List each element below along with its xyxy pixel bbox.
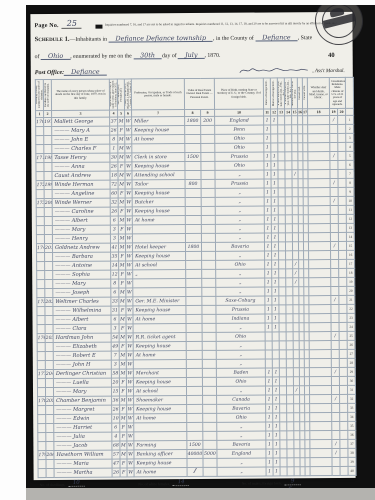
cell-dwelling-no — [37, 325, 45, 334]
cell-color: W — [126, 306, 133, 315]
cell-name: ——— Edwin — [54, 414, 112, 423]
cell-dwelling-no — [38, 424, 46, 433]
marshal-label: , Ass't Marshal. — [312, 68, 344, 74]
cell-mother-foreign: 1 — [272, 278, 279, 287]
tally-value: 14 — [173, 480, 189, 487]
cell-citizen-male-21 — [330, 188, 338, 197]
cell-father-foreign: 1 — [264, 152, 271, 161]
cell-real-estate — [186, 278, 202, 287]
cell-disability — [308, 152, 330, 161]
cell-disability — [308, 206, 330, 215]
tally-label: No. of white females, — [138, 483, 170, 487]
cell-age: 26 — [110, 207, 118, 216]
cell-line-number: 2 — [346, 124, 354, 133]
cell-father-foreign: 1 — [265, 296, 272, 305]
cell-citizen-male-21 — [330, 224, 338, 233]
cell-married-month — [286, 341, 293, 350]
cell-dwelling-no — [38, 433, 46, 442]
cell-disability — [310, 422, 332, 431]
cell-disability — [309, 314, 331, 323]
cell-family-no — [46, 468, 54, 477]
cell-mother-foreign — [272, 359, 279, 368]
cell-color: W — [125, 225, 132, 234]
cell-name: ——— Elizabeth — [53, 342, 111, 351]
cell-age: 3 — [110, 225, 118, 234]
schedule-label: Schedule 1. — [35, 36, 70, 43]
cell-line-number: 5 — [346, 151, 354, 160]
tally-value: 9 — [285, 479, 301, 486]
subdivision-value: Defiance Defiance township — [108, 35, 213, 43]
cell-occupation: Clerk in store — [132, 153, 185, 162]
cell-age: 18 — [110, 171, 118, 180]
cell-mother-foreign: 1 — [271, 206, 278, 215]
cell-color: W — [125, 135, 132, 144]
cell-occupation — [133, 360, 186, 369]
cell-real-estate — [185, 224, 201, 233]
cell-dwelling-no — [37, 361, 45, 370]
cell-real-estate — [187, 404, 203, 413]
cell-color: W — [127, 468, 134, 477]
cell-married-month — [286, 359, 293, 368]
cell-married-month — [286, 260, 293, 269]
cell-name: ——— Albert — [52, 216, 110, 225]
cell-birthplace: Ohio — [215, 161, 264, 170]
cell-occupation: Ger. M.E. Minister — [133, 297, 186, 306]
cell-disability — [308, 161, 330, 170]
column-number: 11 — [264, 109, 271, 116]
cell-name: ——— Maria — [54, 459, 112, 468]
cell-born-month — [278, 188, 285, 197]
header-labels-row: Dwelling-houses, numbered in the order o… — [35, 77, 353, 110]
cell-mother-foreign: 1 — [272, 269, 279, 278]
cell-color: W — [126, 279, 133, 288]
cell-sex: F — [118, 126, 125, 135]
cell-age: 14 — [111, 261, 119, 270]
cell-sex: M — [119, 315, 126, 324]
cell-citizen-male-21 — [330, 125, 338, 134]
cell-sex: F — [120, 459, 127, 468]
cell-married-month — [286, 296, 293, 305]
cell-vote-denied — [338, 178, 346, 187]
cell-family-no — [45, 315, 53, 324]
cell-real-estate — [185, 125, 201, 134]
cell-color: W — [127, 441, 134, 450]
header-color: Color.—White (W.), Black (B.), Mulatto (… — [124, 79, 131, 110]
cell-name: ——— Mary — [53, 387, 111, 396]
cell-occupation: Keeping house — [132, 207, 185, 216]
cell-father-foreign: 1 — [264, 206, 271, 215]
cell-sex: F — [119, 306, 126, 315]
header-born-month: If born within the year, state month (Ja… — [277, 78, 284, 109]
cell-mother-foreign: 1 — [272, 287, 279, 296]
cell-personal-estate — [202, 341, 216, 350]
cell-vote-denied — [338, 115, 346, 124]
cell-color: W — [126, 333, 133, 342]
cell-disability — [309, 269, 331, 278]
cell-occupation — [132, 234, 185, 243]
cell-dwelling-no — [36, 127, 44, 136]
cell-age: 37 — [110, 117, 118, 126]
cell-born-month — [279, 341, 286, 350]
cell-vote-denied — [339, 259, 347, 268]
cell-birthplace: „ — [216, 323, 265, 332]
cell-dwelling-no — [36, 235, 44, 244]
cell-name: Hawthorn William — [54, 450, 112, 459]
cell-vote-denied — [338, 214, 346, 223]
cell-age: 3 — [111, 360, 119, 369]
cell-color: W — [126, 297, 133, 306]
cell-name: ——— Albert — [53, 315, 111, 324]
cell-married-month — [285, 206, 292, 215]
cell-married-month — [286, 314, 293, 323]
cell-personal-estate — [201, 206, 215, 215]
cell-disability — [308, 224, 330, 233]
cell-mother-foreign: 1 — [271, 170, 278, 179]
cell-dwelling-no — [36, 190, 44, 199]
cell-occupation: Keeping house — [132, 126, 185, 135]
cell-age: 54 — [111, 333, 119, 342]
cell-family-no — [45, 270, 53, 279]
cell-color: W — [126, 261, 133, 270]
cell-citizen-male-21 — [331, 358, 339, 367]
tally-item: No. of males, foreign born, 9 — [242, 479, 350, 486]
cell-real-estate: 1800 — [185, 242, 201, 251]
cell-color: W — [125, 234, 132, 243]
cell-birthplace: England — [217, 449, 266, 458]
cell-vote-denied — [340, 457, 348, 466]
cell-born-month — [279, 377, 286, 386]
cell-disability — [308, 143, 330, 152]
cell-mother-foreign: 1 — [271, 242, 278, 251]
cell-line-number: 26 — [347, 340, 355, 349]
instructions-note: Inquiries numbered 7, 16, and 17 are not… — [96, 22, 349, 29]
cell-dwelling-no — [37, 280, 45, 289]
cell-citizen-male-21 — [330, 170, 338, 179]
cell-mother-foreign: 1 — [273, 404, 280, 413]
cell-sex: M — [118, 153, 125, 162]
cell-father-foreign: 1 — [264, 170, 271, 179]
cell-disability — [309, 287, 331, 296]
cell-dwelling-no: 173 — [36, 199, 44, 208]
cell-born-month — [278, 152, 285, 161]
cell-vote-denied — [339, 322, 347, 331]
cell-father-foreign: 1 — [264, 242, 271, 251]
cell-line-number: 4 — [346, 142, 354, 151]
cell-citizen-male-21 — [331, 340, 339, 349]
cell-born-month — [278, 197, 285, 206]
cell-citizen-male-21 — [331, 268, 339, 277]
cell-birthplace: „ — [216, 269, 265, 278]
cell-mother-foreign: 1 — [273, 449, 280, 458]
cell-family-no: 202 — [45, 297, 53, 306]
cell-sex: F — [119, 342, 126, 351]
header-name: The name of every person whose place of … — [51, 79, 109, 110]
cell-citizen-male-21: / — [330, 241, 338, 250]
cell-vote-denied — [339, 313, 347, 322]
cell-family-no — [45, 288, 53, 297]
tally-value: 10 — [68, 481, 84, 488]
cell-occupation: Keeping house — [133, 252, 186, 261]
cell-married-month — [285, 233, 292, 242]
cell-sex: M — [118, 234, 125, 243]
cell-disability — [310, 413, 332, 422]
month-value: July — [178, 52, 204, 60]
header-birthplace: Place of Birth, naming State or Territor… — [214, 78, 263, 109]
cell-family-no — [44, 189, 52, 198]
cell-name: ——— Joseph — [53, 288, 111, 297]
cell-birthplace: „ — [217, 431, 266, 440]
cell-dwelling-no: 178 — [38, 397, 46, 406]
cell-name: Tasse Henry — [52, 153, 110, 162]
cell-born-month — [280, 422, 287, 431]
cell-dwelling-no — [36, 208, 44, 217]
cell-sex: M — [119, 297, 126, 306]
cell-mother-foreign: 1 — [272, 386, 279, 395]
cell-name: ——— Mary A — [52, 126, 110, 135]
cell-color: W — [126, 387, 133, 396]
cell-real-estate — [185, 197, 201, 206]
header-dwelling: Dwelling-houses, numbered in the order o… — [35, 80, 43, 111]
cell-dwelling-no — [37, 388, 45, 397]
cell-personal-estate — [202, 260, 216, 269]
cell-age: 26 — [112, 405, 120, 414]
cell-line-number: 37 — [348, 439, 356, 448]
cell-sex: F — [120, 423, 127, 432]
cell-married-month — [286, 350, 293, 359]
cell-married-month — [285, 197, 292, 206]
cell-father-foreign: 1 — [264, 134, 271, 143]
cell-mother-foreign: 1 — [271, 233, 278, 242]
cell-born-month — [279, 350, 286, 359]
cell-family-no — [44, 207, 52, 216]
header-constitutional: Constitutional Relations. Male citizens … — [329, 77, 345, 108]
cell-citizen-male-21 — [331, 304, 339, 313]
cell-family-no: 200 — [44, 198, 52, 207]
cell-color: W — [127, 414, 134, 423]
cell-dwelling-no — [37, 316, 45, 325]
cell-vote-denied — [338, 169, 346, 178]
cell-vote-denied — [340, 439, 348, 448]
cell-citizen-male-21: / — [330, 197, 338, 206]
cell-sex: F — [118, 162, 125, 171]
header-occupation: Profession, Occupation, or Trade of each… — [131, 79, 184, 110]
cell-sex: M — [118, 243, 125, 252]
post-office-row: Post Office: Defiance , Ass't Marshal. — [35, 63, 349, 76]
cell-occupation: Keeping house — [133, 342, 186, 351]
cell-married-month — [287, 413, 294, 422]
cell-dwelling-no: 177 — [37, 370, 45, 379]
cell-occupation: Farming — [134, 441, 187, 450]
cell-real-estate: 800 — [185, 179, 201, 188]
inhabitants-label: —Inhabitants in — [70, 37, 108, 43]
cell-line-number: 18 — [347, 268, 355, 277]
cell-personal-estate — [203, 422, 217, 431]
cell-born-month — [279, 386, 286, 395]
cell-age: 36 — [112, 396, 120, 405]
cell-born-month — [278, 242, 285, 251]
cell-born-month — [280, 449, 287, 458]
cell-line-number: 22 — [347, 304, 355, 313]
cell-father-foreign: 1 — [264, 233, 271, 242]
cell-vote-denied — [339, 376, 347, 385]
cell-real-estate — [187, 413, 203, 422]
cell-father-foreign: 1 — [266, 458, 273, 467]
tally-label: No. of males, foreign born, — [242, 482, 282, 486]
cell-color: W — [127, 396, 134, 405]
cell-real-estate — [186, 341, 202, 350]
cell-real-estate — [185, 233, 201, 242]
cell-family-no — [44, 216, 52, 225]
cell-vote-denied — [340, 421, 348, 430]
cell-personal-estate — [201, 215, 215, 224]
cell-personal-estate — [201, 179, 215, 188]
cell-line-number: 35 — [348, 421, 356, 430]
cell-citizen-male-21 — [331, 286, 339, 295]
cell-sex: M — [118, 117, 125, 126]
cell-dwelling-no — [38, 460, 46, 469]
cell-dwelling-no — [37, 253, 45, 262]
of-label: of — [35, 54, 40, 60]
cell-mother-foreign: 1 — [273, 395, 280, 404]
cell-real-estate — [186, 269, 202, 278]
cell-sex: M — [120, 396, 127, 405]
cell-sex: M — [118, 144, 125, 153]
cell-father-foreign: 1 — [265, 251, 272, 260]
cell-line-number: 27 — [347, 349, 355, 358]
cell-family-no — [46, 441, 54, 450]
cell-married-month — [287, 458, 294, 467]
cell-name: ——— Robert E — [53, 351, 111, 360]
cell-dwelling-no — [37, 289, 45, 298]
cell-citizen-male-21 — [332, 412, 340, 421]
cell-family-no: 198 — [44, 153, 52, 162]
cell-sex: M — [119, 333, 126, 342]
post-office-label: Post Office: — [35, 70, 64, 76]
cell-born-month — [280, 431, 287, 440]
cell-father-foreign: 1 — [264, 125, 271, 134]
cell-birthplace: „ — [216, 251, 265, 260]
cell-dwelling-no — [38, 406, 46, 415]
cell-age: 68 — [112, 441, 120, 450]
cell-sex: M — [119, 360, 126, 369]
cell-mother-foreign: 1 — [271, 179, 278, 188]
cell-mother-foreign: 1 — [271, 161, 278, 170]
cell-vote-denied — [338, 232, 346, 241]
cell-name: ——— Angeline — [52, 189, 110, 198]
cell-disability — [309, 386, 331, 395]
cell-line-number: 33 — [348, 403, 356, 412]
cell-father-foreign: 1 — [266, 449, 273, 458]
cell-born-month — [278, 116, 285, 125]
cell-born-month — [279, 305, 286, 314]
cell-color: W — [126, 342, 133, 351]
cell-mother-foreign: 1 — [271, 215, 278, 224]
cell-father-foreign: 1 — [266, 431, 273, 440]
cell-mother-foreign: 1 — [273, 413, 280, 422]
instructions-note-text: Inquiries numbered 7, 16, and 17 are not… — [105, 22, 337, 29]
cell-name: ——— Caroline — [52, 207, 110, 216]
column-number — [346, 108, 354, 115]
cell-name: ——— Wilhelmina — [53, 306, 111, 315]
cell-citizen-male-21 — [330, 233, 338, 242]
cell-disability — [310, 458, 332, 467]
cell-age: 3 — [110, 234, 118, 243]
cell-born-month — [280, 467, 287, 476]
cell-vote-denied — [339, 358, 347, 367]
cell-color: W — [126, 360, 133, 369]
cell-married-month — [285, 215, 292, 224]
cell-married-month — [286, 377, 293, 386]
cell-personal-estate — [201, 152, 215, 161]
day-of-label: day of — [162, 53, 177, 59]
cell-personal-estate — [201, 224, 215, 233]
cell-married-month — [285, 170, 292, 179]
cell-name: ——— Mary — [52, 225, 110, 234]
cell-occupation — [134, 423, 187, 432]
cell-real-estate — [186, 260, 202, 269]
cell-color: W — [126, 252, 133, 261]
cell-color: W — [126, 369, 133, 378]
cell-real-estate — [187, 458, 203, 467]
cell-married-month — [287, 422, 294, 431]
cell-sex: F — [120, 468, 127, 477]
cell-real-estate — [185, 134, 201, 143]
cell-real-estate — [185, 215, 201, 224]
column-number: 20 — [338, 108, 346, 115]
cell-father-foreign: 1 — [265, 287, 272, 296]
cell-line-number: 21 — [347, 295, 355, 304]
cell-line-number: 16 — [347, 250, 355, 259]
cell-color: W — [126, 270, 133, 279]
cell-disability — [308, 188, 330, 197]
cell-father-foreign: 1 — [264, 116, 271, 125]
cell-line-number: 15 — [346, 241, 354, 250]
cell-line-number: 31 — [347, 385, 355, 394]
cell-dwelling-no — [38, 469, 46, 478]
cell-disability — [310, 449, 332, 458]
cell-occupation — [133, 324, 186, 333]
cell-age: 32 — [110, 198, 118, 207]
cell-personal-estate — [202, 314, 216, 323]
cell-line-number: 24 — [347, 322, 355, 331]
cell-married-month — [285, 116, 292, 125]
cell-disability — [308, 134, 330, 143]
cell-vote-denied — [338, 160, 346, 169]
cell-name: ——— Jacob — [54, 441, 112, 450]
schedule-line-1: Schedule 1.—Inhabitants in Defiance Defi… — [35, 31, 349, 47]
cell-personal-estate — [203, 467, 217, 476]
cell-citizen-male-21 — [330, 134, 338, 143]
cell-age: 49 — [111, 342, 119, 351]
state-value: Ohio — [41, 53, 70, 61]
cell-citizen-male-21 — [332, 403, 340, 412]
cell-born-month — [279, 278, 286, 287]
cell-disability — [308, 116, 330, 125]
cell-sex: M — [119, 369, 126, 378]
cell-personal-estate — [202, 350, 216, 359]
cell-occupation: Shoemaker — [134, 396, 187, 405]
cell-color: W — [126, 351, 133, 360]
cell-age: 7 — [111, 351, 119, 360]
cell-married-month — [285, 224, 292, 233]
cell-sex: F — [119, 252, 126, 261]
cell-vote-denied — [340, 412, 348, 421]
cell-married-month — [287, 404, 294, 413]
cell-dwelling-no: 179 — [38, 451, 46, 460]
cell-mother-foreign: 1 — [272, 323, 279, 332]
cell-citizen-male-21 — [332, 430, 340, 439]
cell-personal-estate — [201, 134, 215, 143]
